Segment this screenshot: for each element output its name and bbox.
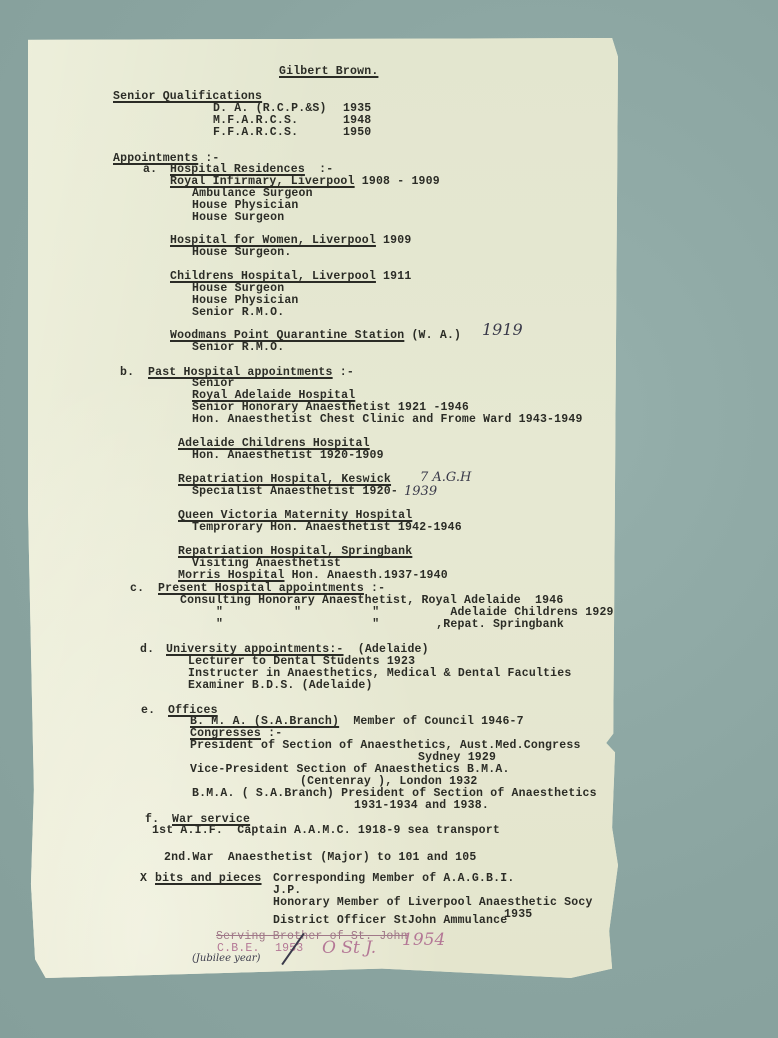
war-line: 2nd.War Anaesthetist (Major) to 101 and … [164, 852, 476, 864]
role-line: Specialist Anaesthetist 1920- [192, 486, 398, 498]
office-line: President of Section of Anaesthetics, Au… [190, 740, 581, 752]
role-line: Hon. Anaesthetist 1920-1909 [192, 450, 384, 462]
bits-line: 1935 [504, 909, 532, 921]
role-line: Senior R.M.O. [192, 307, 284, 319]
role-line: Hon. Anaesthetist Chest Clinic and Frome… [192, 414, 583, 426]
bits-line: District Officer StJohn Ammulance [273, 915, 507, 927]
war-line: 1st A.I.F. Captain A.A.M.C. 1918-9 sea t… [152, 825, 500, 837]
university-line: Examiner B.D.S. (Adelaide) [188, 680, 373, 692]
handwritten-note: 7 A.G.H [420, 470, 471, 485]
section-x-label: X [140, 873, 147, 885]
section-b-heading: Past Hospital appointments :- [148, 367, 354, 379]
handwritten-year: 1919 [482, 320, 523, 339]
role-line: Temprorary Hon. Anaesthetist 1942-1946 [192, 522, 462, 534]
section-a-label: a. [143, 164, 157, 176]
section-c-label: c. [130, 583, 144, 595]
qualification-year: 1950 [343, 127, 371, 139]
role-line: Senior R.M.O. [192, 342, 284, 354]
handwritten-ostj-year: 1954 [402, 930, 445, 950]
present-line: " " ,Repat. Springbank [216, 619, 564, 631]
bits-line: Honorary Member of Liverpool Anaesthetic… [273, 897, 593, 909]
office-line: 1931-1934 and 1938. [354, 800, 489, 812]
section-d-label: d. [140, 644, 154, 656]
role-line: House Surgeon [192, 212, 284, 224]
section-x-heading: bits and pieces [155, 873, 262, 885]
section-e-label: e. [141, 705, 155, 717]
section-b-label: b. [120, 367, 134, 379]
handwritten-jubilee-note: (Jubilee year) [192, 953, 260, 964]
handwritten-year: 1939 [404, 484, 437, 499]
hospital-morris: Morris Hospital Hon. Anaesth.1937-1940 [178, 570, 448, 582]
qualification-name: F.F.A.R.C.S. [213, 127, 298, 139]
bits-line: Corresponding Member of A.A.G.B.I. [273, 873, 514, 885]
handwritten-ostj: O St J. [322, 938, 376, 958]
role-line: House Surgeon. [192, 247, 291, 259]
document-title: Gilbert Brown. [279, 66, 378, 78]
